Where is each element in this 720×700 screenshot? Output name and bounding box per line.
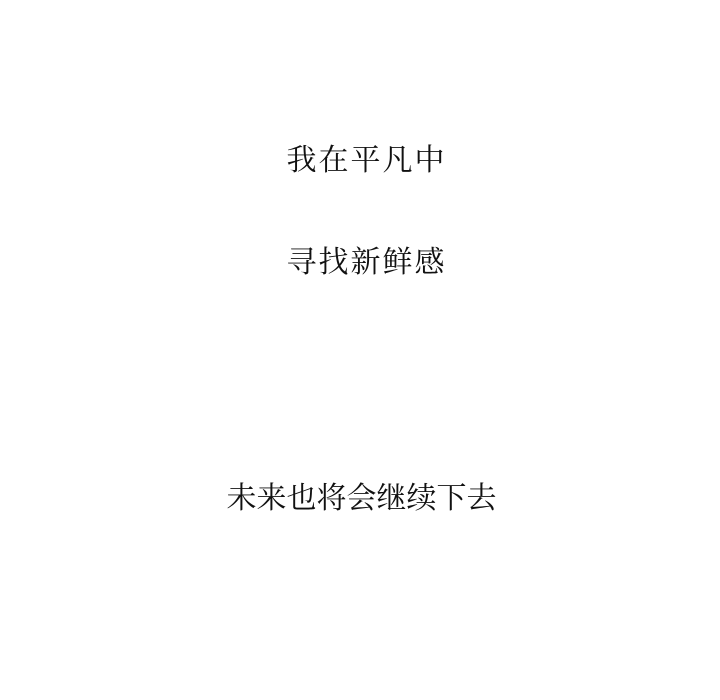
top-caption: 我在平凡中 寻找新鲜感 [13,76,720,348]
bottom-caption-text: 未来也将会继续下去 [3,482,720,516]
top-caption-line-2: 寻找新鲜感 [13,246,720,280]
comic-epilogue-page: 我在平凡中 寻找新鲜感 未来也将会继续下去 [0,0,720,700]
bottom-caption: 未来也将会继续下去 [3,414,720,584]
top-caption-line-1: 我在平凡中 [13,144,720,178]
